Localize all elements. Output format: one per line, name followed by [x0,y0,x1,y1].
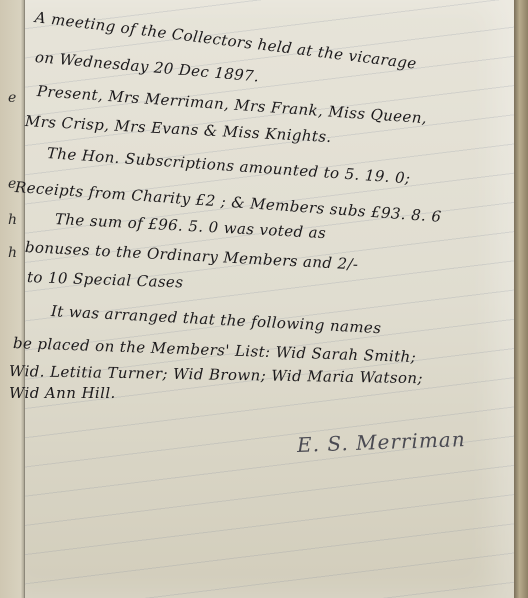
margin-mark: e [8,90,16,106]
minutes-line-5: The Hon. Subscriptions amounted to 5. 19… [46,144,411,187]
notebook-page: A meeting of the Collectors held at the … [24,0,515,598]
page-edge-right [514,0,528,598]
margin-mark: h [8,245,17,261]
minutes-line-2: on Wednesday 20 Dec 1897. [34,48,260,86]
margin-mark: h [8,212,17,228]
minutes-line-10: It was arranged that the following names [51,302,382,337]
minutes-line-11: be placed on the Members' List: Wid Sara… [13,334,417,366]
minutes-line-8: bonuses to the Ordinary Members and 2/- [25,238,359,273]
minutes-line-9: to 10 Special Cases [27,268,184,291]
signature: E. S. Merriman [297,427,466,457]
minutes-line-13: Wid Ann Hill. [9,384,116,402]
facing-page-edge: e e h h [0,0,26,598]
